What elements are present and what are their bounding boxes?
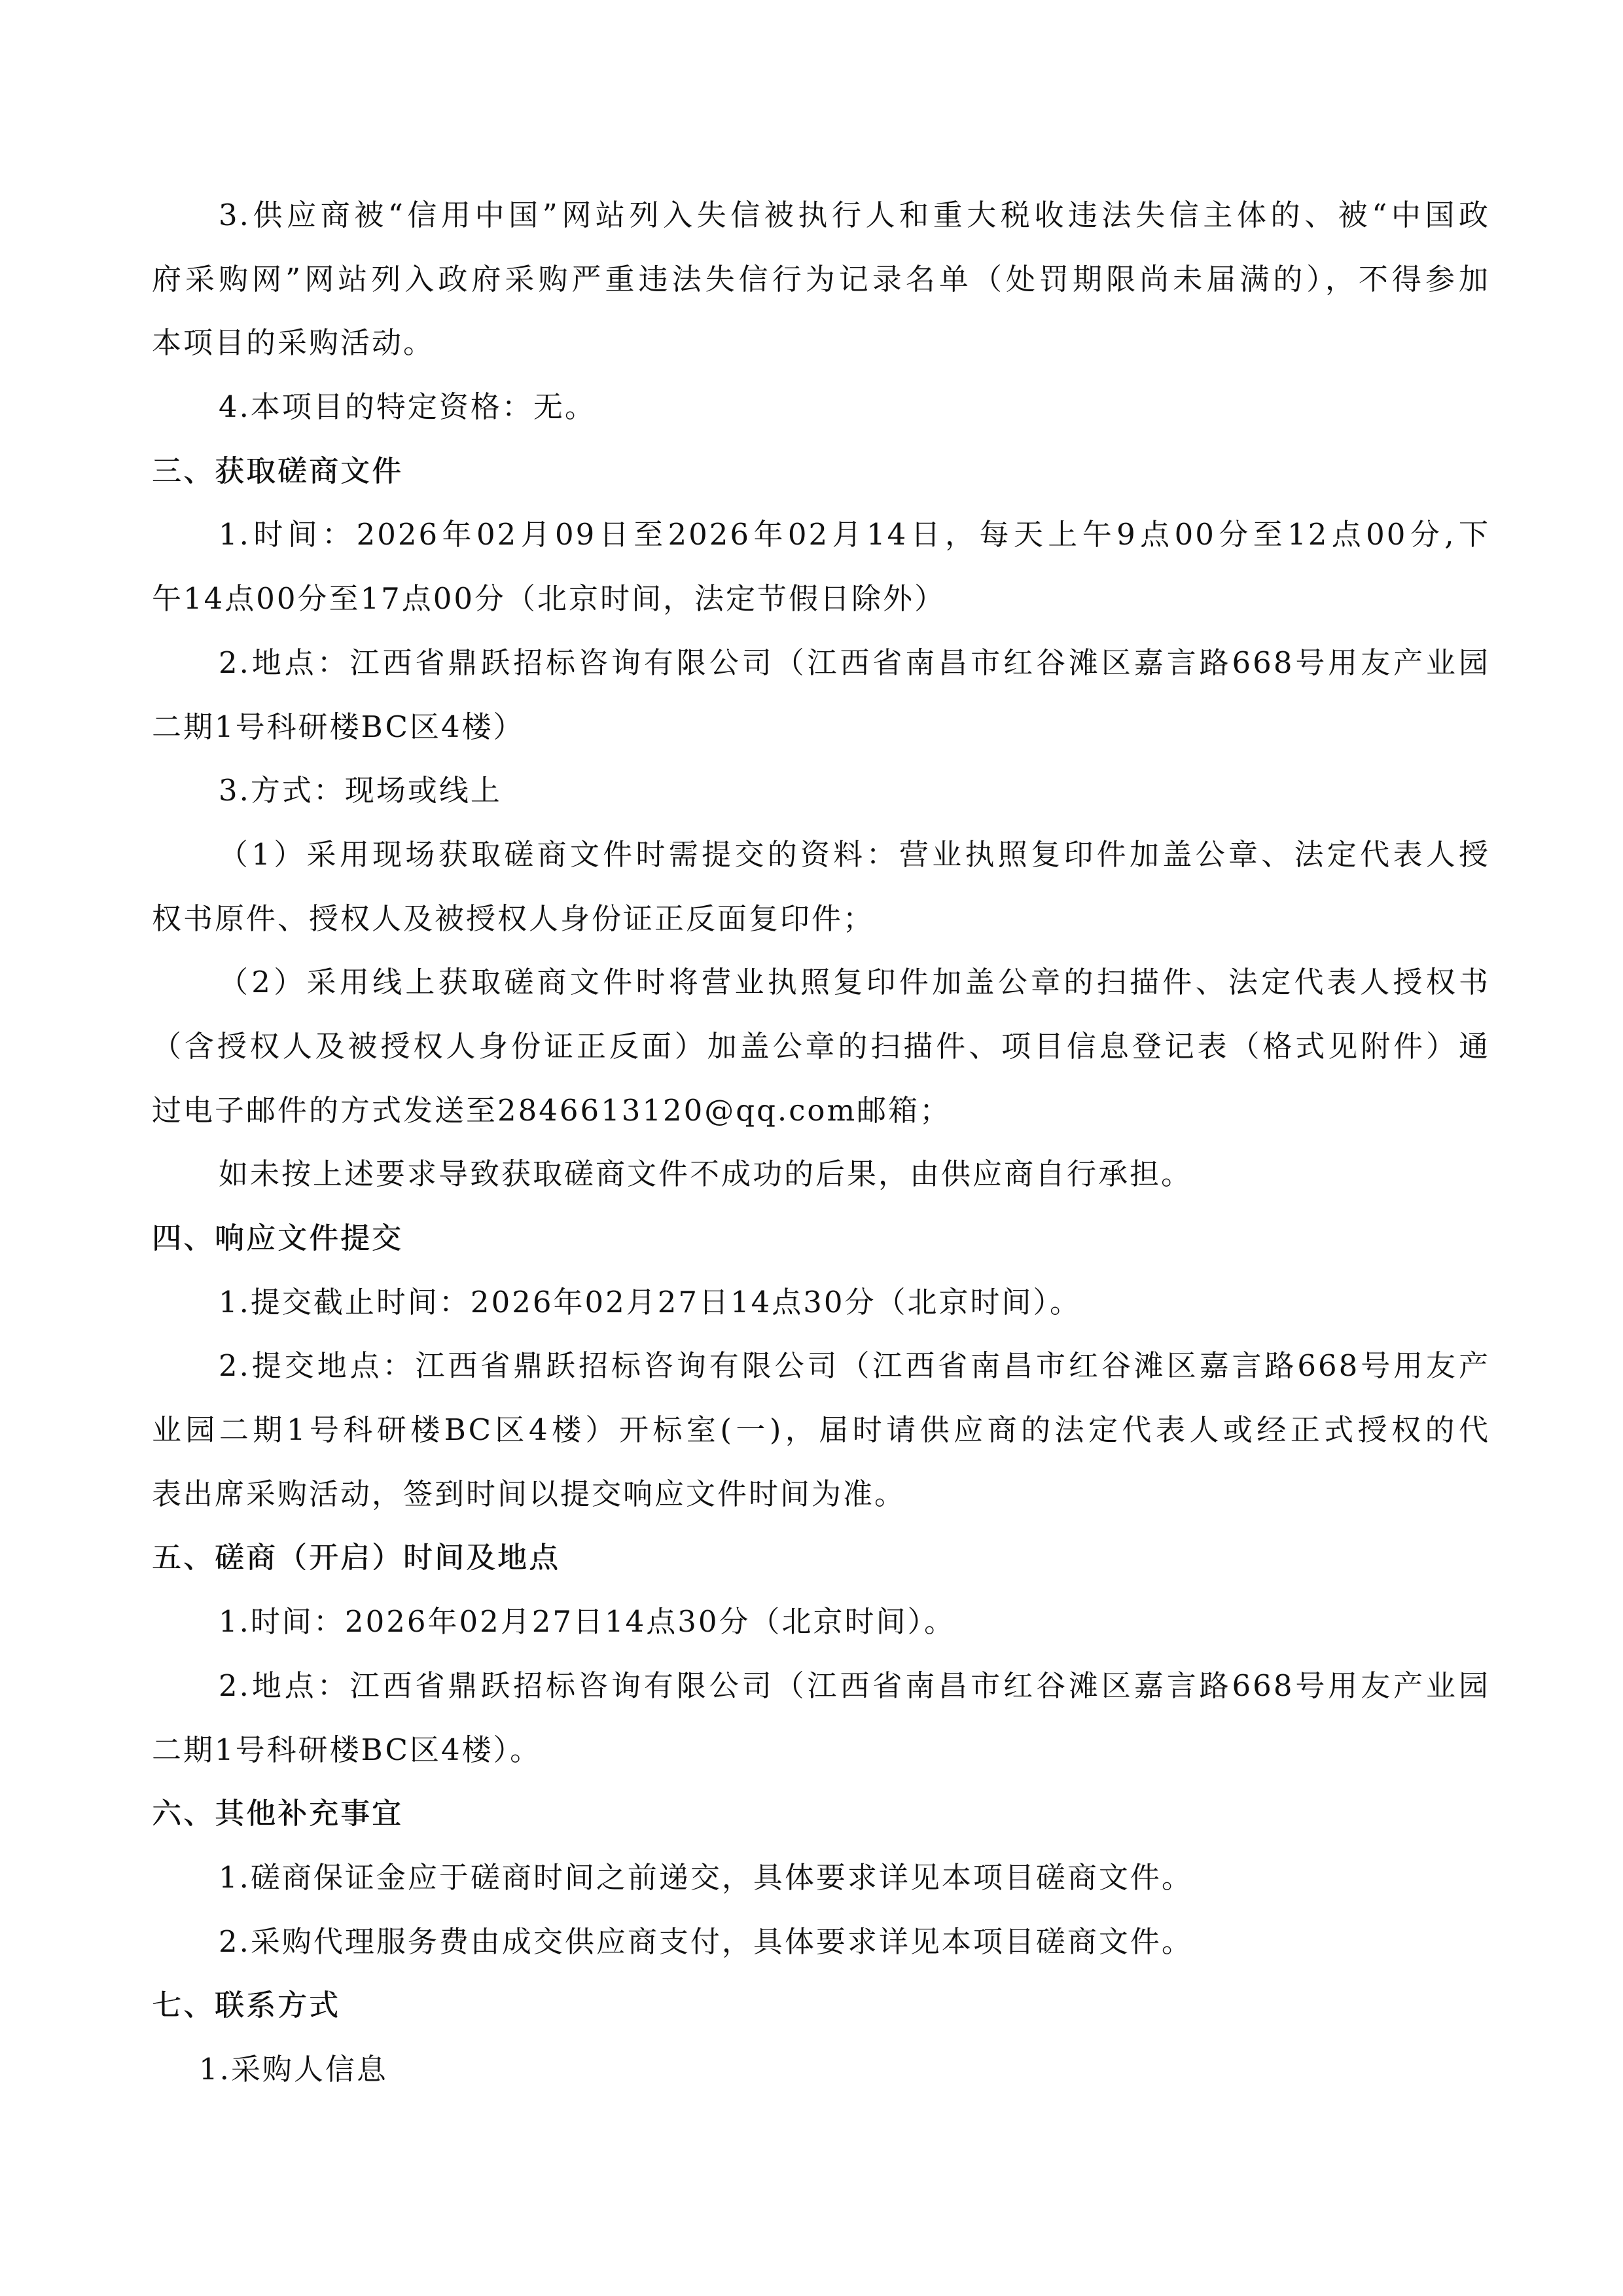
qualification-3-line-3: 本项目的采购活动。 <box>152 311 1490 375</box>
document-page: 3.供应商被“信用中国”网站列入失信被执行人和重大税收违法失信主体的、被“中国政… <box>0 0 1623 2296</box>
submission-location-line-1: 2.提交地点：江西省鼎跃招标咨询有限公司（江西省南昌市红谷滩区嘉言路668号用友… <box>152 1334 1490 1398</box>
qualification-3-line-1: 3.供应商被“信用中国”网站列入失信被执行人和重大税收违法失信主体的、被“中国政 <box>152 183 1490 247</box>
document-body: 3.供应商被“信用中国”网站列入失信被执行人和重大税收违法失信主体的、被“中国政… <box>152 183 1490 2102</box>
submission-location-line-2: 业园二期1号科研楼BC区4楼）开标室(一)，届时请供应商的法定代表人或经正式授权… <box>152 1398 1490 1462</box>
submission-location-line-3: 表出席采购活动，签到时间以提交响应文件时间为准。 <box>152 1462 1490 1526</box>
obtain-onsite-line-1: （1）采用现场获取磋商文件时需提交的资料：营业执照复印件加盖公章、法定代表人授 <box>152 823 1490 887</box>
obtain-disclaimer: 如未按上述要求导致获取磋商文件不成功的后果，由供应商自行承担。 <box>152 1142 1490 1206</box>
section-heading-submission: 四、响应文件提交 <box>152 1206 1490 1270</box>
obtain-time-line-2: 午14点00分至17点00分（北京时间，法定节假日除外） <box>152 567 1490 631</box>
qualification-3-line-2: 府采购网”网站列入政府采购严重违法失信行为记录名单（处罚期限尚未届满的），不得参… <box>152 247 1490 312</box>
section-heading-contact: 七、联系方式 <box>152 1973 1490 2037</box>
submission-deadline: 1.提交截止时间：2026年02月27日14点30分（北京时间）。 <box>152 1270 1490 1335</box>
opening-location-line-2: 二期1号科研楼BC区4楼）。 <box>152 1718 1490 1782</box>
obtain-time-line-1: 1.时间：2026年02月09日至2026年02月14日，每天上午9点00分至1… <box>152 503 1490 567</box>
other-agency-fee: 2.采购代理服务费由成交供应商支付，具体要求详见本项目磋商文件。 <box>152 1910 1490 1974</box>
opening-time: 1.时间：2026年02月27日14点30分（北京时间）。 <box>152 1590 1490 1654</box>
contact-purchaser-info: 1.采购人信息 <box>152 2037 1490 2102</box>
section-heading-obtain-docs: 三、获取磋商文件 <box>152 439 1490 503</box>
section-heading-other-matters: 六、其他补充事宜 <box>152 1782 1490 1846</box>
other-deposit: 1.磋商保证金应于磋商时间之前递交，具体要求详见本项目磋商文件。 <box>152 1846 1490 1910</box>
obtain-online-line-2: （含授权人及被授权人身份证正反面）加盖公章的扫描件、项目信息登记表（格式见附件）… <box>152 1014 1490 1079</box>
opening-location-line-1: 2.地点：江西省鼎跃招标咨询有限公司（江西省南昌市红谷滩区嘉言路668号用友产业… <box>152 1654 1490 1718</box>
obtain-online-line-1: （2）采用线上获取磋商文件时将营业执照复印件加盖公章的扫描件、法定代表人授权书 <box>152 950 1490 1014</box>
obtain-location-line-1: 2.地点：江西省鼎跃招标咨询有限公司（江西省南昌市红谷滩区嘉言路668号用友产业… <box>152 631 1490 695</box>
obtain-online-line-3-email: 过电子邮件的方式发送至2846613120@qq.com邮箱； <box>152 1079 1490 1143</box>
section-heading-opening: 五、磋商（开启）时间及地点 <box>152 1526 1490 1590</box>
obtain-onsite-line-2: 权书原件、授权人及被授权人身份证正反面复印件； <box>152 887 1490 951</box>
qualification-4: 4.本项目的特定资格：无。 <box>152 375 1490 439</box>
obtain-location-line-2: 二期1号科研楼BC区4楼） <box>152 695 1490 759</box>
obtain-method: 3.方式：现场或线上 <box>152 759 1490 823</box>
